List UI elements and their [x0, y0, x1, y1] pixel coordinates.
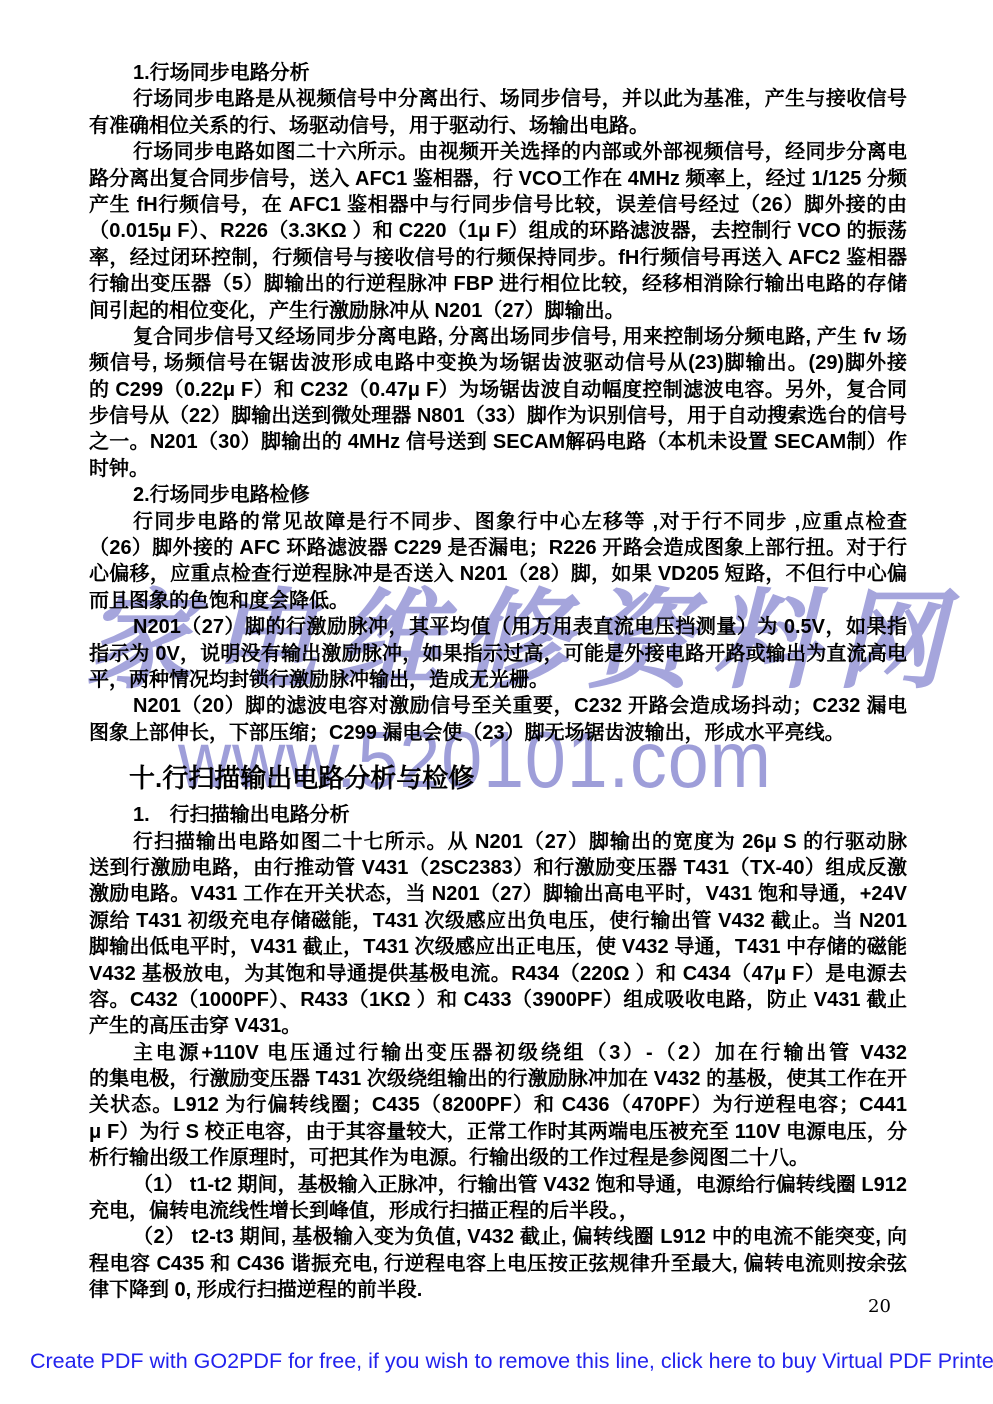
- text-line: 产生 fH行频信号，在 AFC1 鉴相器中与行同步信号比较，误差信号经过（26）…: [89, 192, 907, 218]
- text-line: 2.行场同步电路检修: [89, 482, 907, 508]
- text-flow: 1.行场同步电路分析行场同步电路是从视频信号中分离出行、场同步信号，并以此为基准…: [89, 60, 907, 1304]
- text-line: 脚输出低电平时，V431 截止，T431 次级感应出正电压，使 V432 导通，…: [89, 934, 907, 960]
- text-line: 1. 行扫描输出电路分析: [89, 802, 907, 828]
- text-line: 而且图象的色饱和度会降低。: [89, 588, 907, 614]
- text-line: 送到行激励电路，由行推动管 V431（2SC2383）和行激励变压器 T431（…: [89, 855, 907, 881]
- text-line: 频信号, 场频信号在锯齿波形成电路中变换为场锯齿波驱动信号从(23)脚输出。(2…: [89, 350, 907, 376]
- text-line: 行输出变压器（5）脚输出的行逆程脉冲 FBP 进行相位比较，经移相消除行输出电路…: [89, 271, 907, 297]
- text-line: 主电源+110V 电压通过行输出变压器初级绕组（3）-（2）加在行输出管 V43…: [89, 1040, 907, 1066]
- text-line: （0.015μ F）、R226（3.3KΩ ）和 C220（1μ F）组成的环路…: [89, 218, 907, 244]
- text-line: 行扫描输出电路如图二十七所示。从 N201（27）脚输出的宽度为 26μ S 的…: [89, 829, 907, 855]
- text-line: 源给 T431 初级充电存储磁能，T431 次级感应出负电压，使行输出管 V43…: [89, 908, 907, 934]
- text-line: （26）脚外接的 AFC 环路滤波器 C229 是否漏电；R226 开路会造成图…: [89, 535, 907, 561]
- text-line: 充电，偏转电流线性增长到峰值，形成行扫描正程的后半段。，: [89, 1198, 907, 1224]
- text-line: μ F）为行 S 校正电容，由于其容量较大，正常工作时其两端电压被充至 110V…: [89, 1119, 907, 1145]
- text-line: 析行输出级工作原理时，可把其作为电源。行输出级的工作过程是参阅图二十八。: [89, 1145, 907, 1171]
- text-line: 行场同步电路如图二十六所示。由视频开关选择的内部或外部视频信号，经同步分离电: [89, 139, 907, 165]
- text-line: 图象上部伸长，下部压缩；C299 漏电会使（23）脚无场锯齿波输出，形成水平亮线…: [89, 720, 907, 746]
- text-line: 复合同步信号又经场同步分离电路, 分离出场同步信号, 用来控制场分频电路, 产生…: [89, 324, 907, 350]
- text-line: V432 基极放电，为其饱和导通提供基极电流。R434（220Ω ）和 C434…: [89, 961, 907, 987]
- text-line: 容。C432（1000PF）、R433（1KΩ ）和 C433（3900PF）组…: [89, 987, 907, 1013]
- text-line: 行场同步电路是从视频信号中分离出行、场同步信号，并以此为基准，产生与接收信号: [89, 86, 907, 112]
- text-line: 率，经过闭环控制，行频信号与接收信号的行频保持同步。fH行频信号再送入 AFC2…: [89, 245, 907, 271]
- text-line: 的 C299（0.22μ F）和 C232（0.47μ F）为场锯齿波自动幅度控…: [89, 377, 907, 403]
- text-line: 指示为 0V，说明没有输出激励脉冲，如果指示过高，可能是外接电路开路或输出为直流…: [89, 641, 907, 667]
- text-line: 之一。N201（30）脚输出的 4MHz 信号送到 SECAM解码电路（本机未设…: [89, 429, 907, 455]
- text-line: 平，两种情况均封锁行激励脉冲输出，造成无光栅。: [89, 667, 907, 693]
- text-line: 时钟。: [89, 456, 907, 482]
- text-line: 步信号从（22）脚输出送到微处理器 N801（33）脚作为识别信号，用于自动搜索…: [89, 403, 907, 429]
- text-line: N201（20）脚的滤波电容对激励信号至关重要，C232 开路会造成场抖动；C2…: [89, 693, 907, 719]
- text-line: 的集电极，行激励变压器 T431 次级绕组输出的行激励脉冲加在 V432 的基极…: [89, 1066, 907, 1092]
- section-heading: 十.行扫描输出电路分析与检修: [89, 756, 907, 800]
- text-line: 1.行场同步电路分析: [89, 60, 907, 86]
- text-line: 律下降到 0, 形成行扫描逆程的前半段.: [89, 1277, 907, 1303]
- text-line: 间引起的相位变化，产生行激励脉冲从 N201（27）脚输出。: [89, 298, 907, 324]
- go2pdf-footer-link[interactable]: Create PDF with GO2PDF for free, if you …: [30, 1349, 993, 1374]
- text-line: 行同步电路的常见故障是行不同步、图象行中心左移等 ,对于行不同步 ,应重点检查 …: [89, 509, 907, 535]
- text-line: 产生的高压击穿 V431。: [89, 1013, 907, 1039]
- page-number: 20: [868, 1296, 891, 1317]
- text-line: 路分离出复合同步信号，送入 AFC1 鉴相器，行 VCO工作在 4MHz 频率上…: [89, 166, 907, 192]
- text-line: 关状态。L912 为行偏转线圈；C435（8200PF）和 C436（470PF…: [89, 1092, 907, 1118]
- text-line: （2） t2-t3 期间, 基极输入变为负值, V432 截止, 偏转线圈 L9…: [89, 1224, 907, 1250]
- text-line: 程电容 C435 和 C436 谐振充电, 行逆程电容上电压按正弦规律升至最大,…: [89, 1251, 907, 1277]
- text-line: （1） t1-t2 期间，基极输入正脉冲，行输出管 V432 饱和导通，电源给行…: [89, 1172, 907, 1198]
- document-page: 家电维修资料网 www.520101.com 1.行场同步电路分析行场同步电路是…: [0, 0, 993, 1404]
- text-line: N201（27）脚的行激励脉冲，其平均值（用万用表直流电压挡测量）为 0.5V，…: [89, 614, 907, 640]
- text-line: 有准确相位关系的行、场驱动信号，用于驱动行、场输出电路。: [89, 113, 907, 139]
- text-line: 激励电路。V431 工作在开关状态，当 N201（27）脚输出高电平时，V431…: [89, 881, 907, 907]
- text-line: 心偏移，应重点检查行逆程脉冲是否送入 N201（28）脚，如果 VD205 短路…: [89, 561, 907, 587]
